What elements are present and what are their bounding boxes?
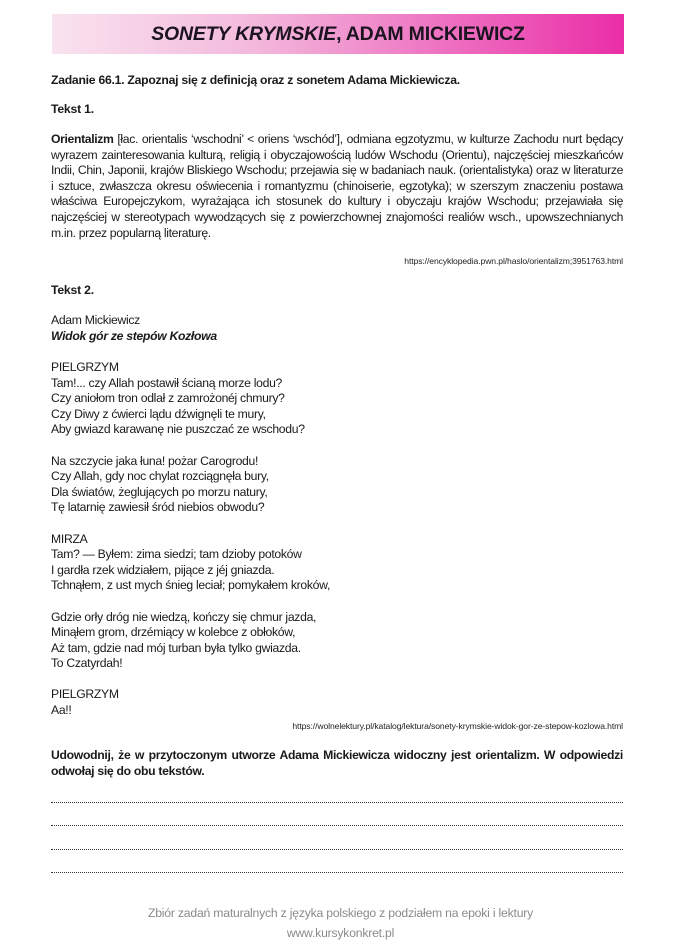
poem-line: Aż tam, gdzie nad mój turban była tylko … — [51, 641, 330, 657]
poem-line: I gardła rzek widziałem, pijące z jéj gn… — [51, 563, 330, 579]
answer-line[interactable] — [51, 849, 623, 850]
poem-line: To Czatyrdah! — [51, 656, 330, 672]
poem-line: Tam!... czy Allah postawił ścianą morze … — [51, 376, 330, 392]
poem-line: Czy Allah, gdy noc chylat rozciągnęła bu… — [51, 469, 330, 485]
text1-definition: Orientalizm [łac. orientalis ‘wschodni’ … — [51, 132, 623, 241]
poem-line: Czy Diwy z ćwierci lądu dźwignęli te mur… — [51, 407, 330, 423]
poem-heading: Adam Mickiewicz Widok gór ze stepów Kozł… — [51, 313, 217, 344]
stanza-gap — [51, 672, 330, 688]
answer-line[interactable] — [51, 802, 623, 803]
poem-line: Aa!! — [51, 703, 330, 719]
question-prompt: Udowodnij, że w przytoczonym utworze Ada… — [51, 748, 623, 779]
poem-line: Na szczycie jaka łuna! pożar Carogrodu! — [51, 454, 330, 470]
definition-body: [łac. orientalis ‘wschodni’ < oriens ‘ws… — [51, 132, 623, 240]
speaker-name: PIELGRZYM — [51, 360, 330, 376]
footer-website[interactable]: www.kursykonkret.pl — [0, 926, 681, 940]
speaker-name: PIELGRZYM — [51, 687, 330, 703]
text1-label: Tekst 1. — [51, 102, 94, 116]
definition-term: Orientalizm — [51, 132, 114, 146]
speaker-name: MIRZA — [51, 532, 330, 548]
poem-line: Minąłem grom, drzémiący w kolebce z obło… — [51, 625, 330, 641]
stanza-gap — [51, 438, 330, 454]
stanza-gap — [51, 594, 330, 610]
poem-author: Adam Mickiewicz — [51, 313, 217, 329]
answer-line[interactable] — [51, 872, 623, 873]
poem-line: Dla światów, żeglujących po morzu natury… — [51, 485, 330, 501]
footer-collection-title: Zbiór zadań maturalnych z języka polskie… — [0, 906, 681, 920]
poem-line: Gdzie orły dróg nie wiedzą, kończy się c… — [51, 610, 330, 626]
answer-line[interactable] — [51, 825, 623, 826]
header-banner: SONETY KRYMSKIE, ADAM MICKIEWICZ — [52, 14, 624, 54]
poem-body: PIELGRZYMTam!... czy Allah postawił ścia… — [51, 360, 330, 719]
title-author: , ADAM MICKIEWICZ — [336, 23, 525, 45]
poem-line: Tchnąłem, z ust mych śnieg leciał; pomyk… — [51, 578, 330, 594]
text2-label: Tekst 2. — [51, 283, 94, 297]
task-instruction: Zadanie 66.1. Zapoznaj się z definicją o… — [51, 73, 460, 87]
title-work: SONETY KRYMSKIE — [151, 23, 336, 45]
text2-source-link[interactable]: https://wolnelektury.pl/katalog/lektura/… — [292, 721, 623, 731]
text1-source-link[interactable]: https://encyklopedia.pwn.pl/haslo/orient… — [404, 256, 623, 266]
poem-line: Tam? — Byłem: zima siedzi; tam dzioby po… — [51, 547, 330, 563]
stanza-gap — [51, 516, 330, 532]
poem-line: Czy aniołom tron odlał z zamrożonéj chmu… — [51, 391, 330, 407]
page-title: SONETY KRYMSKIE, ADAM MICKIEWICZ — [151, 23, 525, 46]
poem-line: Tę latarnię zawiesił śród niebios obwodu… — [51, 500, 330, 516]
poem-title: Widok gór ze stepów Kozłowa — [51, 329, 217, 345]
poem-line: Aby gwiazd karawanę nie puszczać ze wsch… — [51, 422, 330, 438]
